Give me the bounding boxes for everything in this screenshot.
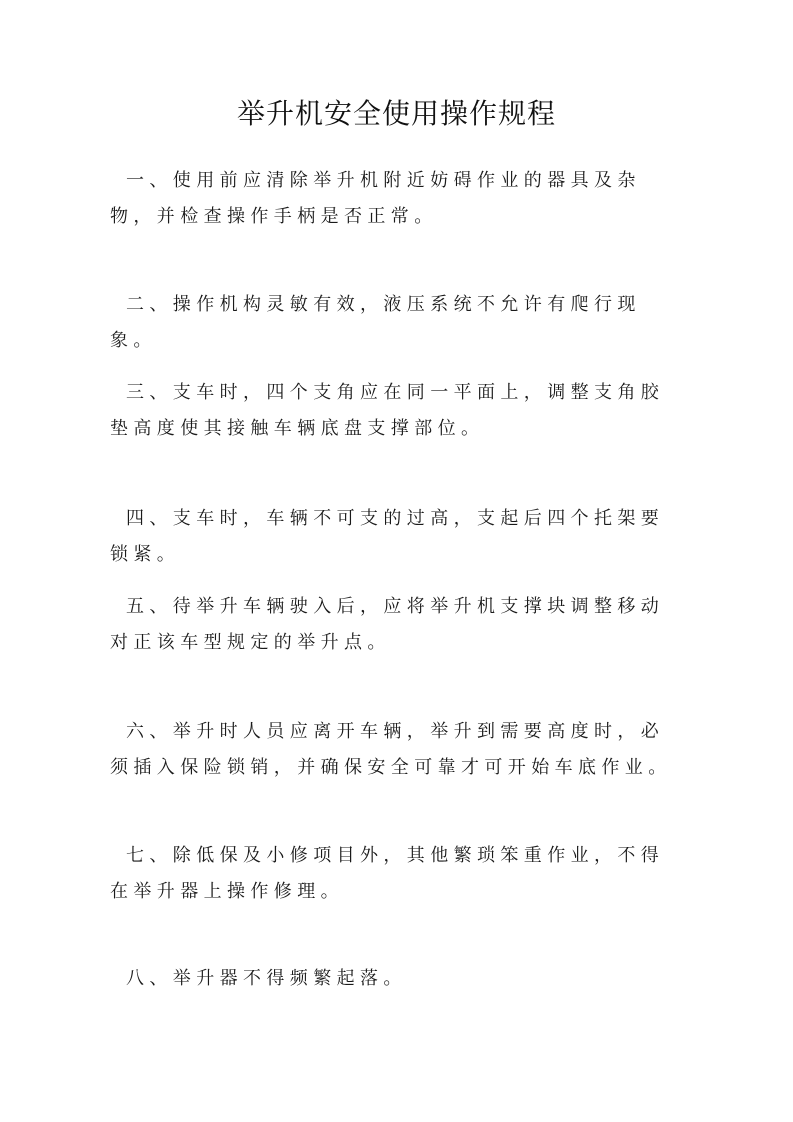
paragraph-2: 二、操作机构灵敏有效，液压系统不允许有爬行现象。 [110, 287, 682, 359]
document-page: 举升机安全使用操作规程 一、使用前应清除举升机附近妨碍作业的器具及杂物，并检查操… [0, 0, 793, 1122]
paragraph-3-text: 三、支车时，四个支角应在同一平面上，调整支角胶垫高度使其接触车辆底盘支撑部位。 [110, 382, 664, 439]
paragraph-3: 三、支车时，四个支角应在同一平面上，调整支角胶垫高度使其接触车辆底盘支撑部位。 [110, 375, 682, 447]
paragraph-6-text: 六、举升时人员应离开车辆，举升到需要高度时，必须插入保险锁销，并确保安全可靠才可… [110, 721, 672, 778]
document-title: 举升机安全使用操作规程 [0, 96, 793, 132]
paragraph-5: 五、待举升车辆驶入后，应将举升机支撑块调整移动对正该车型规定的举升点。 [110, 589, 682, 661]
paragraph-4-text: 四、支车时，车辆不可支的过高，支起后四个托架要锁紧。 [110, 508, 664, 565]
paragraph-8-text: 八、举升器不得频繁起落。 [126, 968, 407, 989]
paragraph-1-text: 一、使用前应清除举升机附近妨碍作业的器具及杂物，并检查操作手柄是否正常。 [110, 170, 641, 227]
paragraph-2-text: 二、操作机构灵敏有效，液压系统不允许有爬行现象。 [110, 294, 641, 351]
paragraph-7-text: 七、除低保及小修项目外，其他繁琐笨重作业，不得在举升器上操作修理。 [110, 845, 664, 902]
paragraph-1: 一、使用前应清除举升机附近妨碍作业的器具及杂物，并检查操作手柄是否正常。 [110, 163, 682, 235]
paragraph-5-text: 五、待举升车辆驶入后，应将举升机支撑块调整移动对正该车型规定的举升点。 [110, 596, 664, 653]
paragraph-8: 八、举升器不得频繁起落。 [110, 961, 682, 997]
paragraph-6: 六、举升时人员应离开车辆，举升到需要高度时，必须插入保险锁销，并确保安全可靠才可… [110, 714, 682, 786]
paragraph-4: 四、支车时，车辆不可支的过高，支起后四个托架要锁紧。 [110, 501, 682, 573]
paragraph-7: 七、除低保及小修项目外，其他繁琐笨重作业，不得在举升器上操作修理。 [110, 838, 682, 910]
